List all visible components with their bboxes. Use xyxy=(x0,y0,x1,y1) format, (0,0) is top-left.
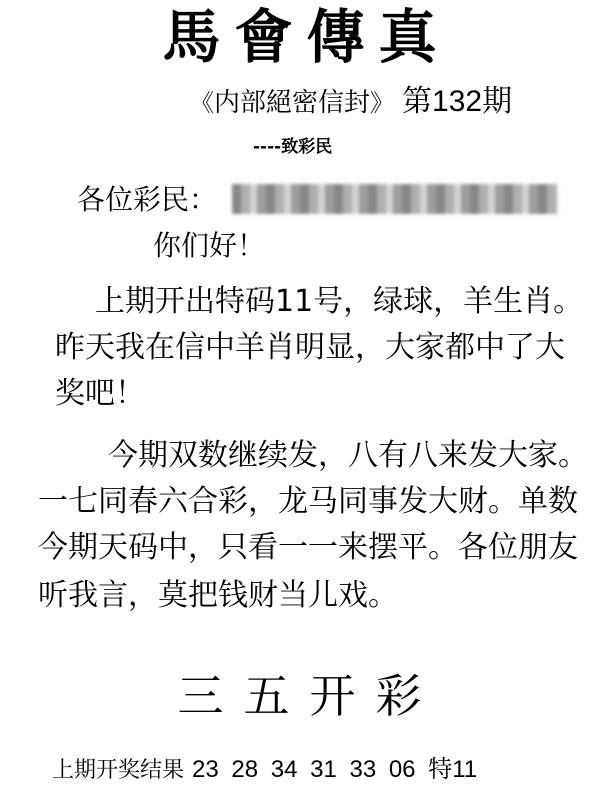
document-title: 馬會傳真 xyxy=(0,2,599,72)
last-results-label: 上期开奖结果 xyxy=(52,758,184,783)
to-line: ----致彩民 xyxy=(253,136,332,158)
paragraph-2-line-2: 一七同春六合彩，龙马同事发大财。单数 xyxy=(38,482,578,522)
paragraph-2-line-3: 今期天码中，只看一一来摆平。各位朋友 xyxy=(38,528,578,568)
last-results-numbers: 23 28 34 31 33 06 特11 xyxy=(192,756,477,783)
bracket-close: 》 xyxy=(370,89,394,117)
paragraph-2-line-4: 听我言，莫把钱财当儿戏。 xyxy=(38,576,398,616)
redacted-blurred-text xyxy=(232,184,558,214)
paragraph-1-line-3: 奖吧！ xyxy=(55,374,145,414)
issue-number: 第132期 xyxy=(402,85,512,118)
hello-text: 你们好！ xyxy=(153,226,265,266)
bracket-open: 《 xyxy=(190,89,214,117)
subtitle-label: 内部絕密信封 xyxy=(214,88,370,118)
paragraph-1-line-2: 昨天我在信中羊肖明显，大家都中了大 xyxy=(55,328,565,368)
paragraph-1-line-1: 上期开出特码11号，绿球，羊生肖。 xyxy=(95,282,583,322)
last-results: 上期开奖结果23 28 34 31 33 06 特11 xyxy=(52,754,477,787)
subtitle: 《内部絕密信封》第132期 xyxy=(190,84,512,121)
paragraph-2-line-1: 今期双数继续发，八有八来发大家。 xyxy=(108,436,588,476)
big-heading: 三五开彩 xyxy=(0,666,599,726)
greeting: 各位彩民： xyxy=(77,180,217,220)
